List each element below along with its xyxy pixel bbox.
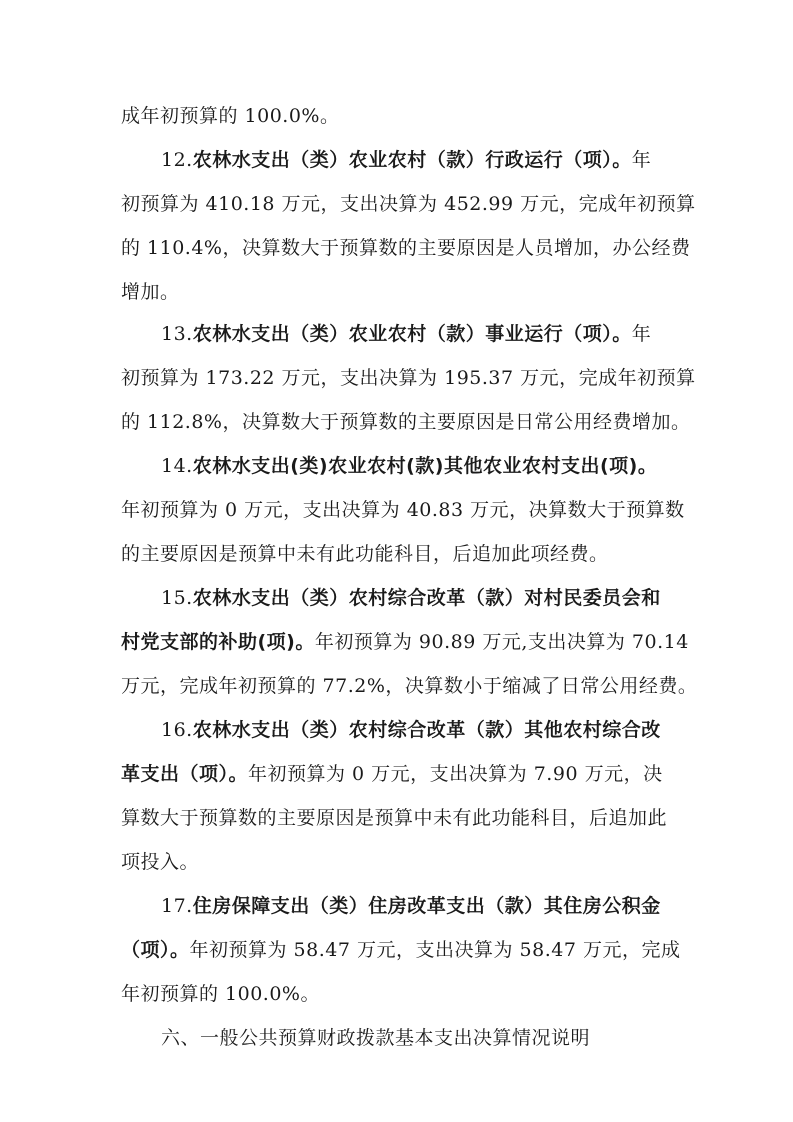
paragraph-line: 算数大于预算数的主要原因是预算中未有此功能科目，后追加此 xyxy=(121,806,721,830)
paragraph-line: 成年初预算的 100.0%。 xyxy=(121,104,721,128)
bold-text: 农林水支出（类）农村综合改革（款）其他农村综合改 xyxy=(193,719,661,741)
body-text: 年初预算为 58.47 万元，支出决算为 58.47 万元，完成 xyxy=(190,939,681,961)
paragraph-line: 村党支部的补助(项)。年初预算为 90.89 万元,支出决算为 70.14 xyxy=(121,630,721,654)
body-text: 年初预算为 0 万元，支出决算为 40.83 万元，决算数大于预算数 xyxy=(121,499,685,521)
paragraph-line: （项）。年初预算为 58.47 万元，支出决算为 58.47 万元，完成 xyxy=(121,938,721,962)
body-text: 年初预算为 90.89 万元,支出决算为 70.14 xyxy=(315,631,689,653)
section-heading: 六、一般公共预算财政拨款基本支出决算情况说明 xyxy=(161,1026,761,1050)
body-text: 的 110.4%，决算数大于预算数的主要原因是人员增加，办公经费 xyxy=(121,237,691,259)
body-text: 初预算为 410.18 万元，支出决算为 452.99 万元，完成年初预算 xyxy=(121,193,696,215)
bold-text: 农林水支出(类)农业农村(款)其他农业农村支出(项)。 xyxy=(193,455,658,477)
body-text: 成年初预算的 100.0%。 xyxy=(121,105,340,127)
body-text: 年初预算为 0 万元，支出决算为 7.90 万元，决 xyxy=(248,763,663,785)
body-text: 年 xyxy=(632,323,652,345)
body-text: 年初预算的 100.0%。 xyxy=(121,983,320,1005)
body-text: 万元，完成年初预算的 77.2%，决算数小于缩减了日常公用经费。 xyxy=(121,675,697,697)
document-page: 成年初预算的 100.0%。12.农林水支出（类）农业农村（款）行政运行（项）。… xyxy=(0,0,793,1122)
bold-text: 农林水支出（类）农村综合改革（款）对村民委员会和 xyxy=(193,587,661,609)
body-text: 15. xyxy=(161,587,193,609)
body-text: 增加。 xyxy=(121,281,180,303)
paragraph-line: 的 112.8%，决算数大于预算数的主要原因是日常公用经费增加。 xyxy=(121,410,721,434)
bold-text: （项）。 xyxy=(121,939,190,961)
bold-text: 革支出（项）。 xyxy=(121,763,248,785)
paragraph-line: 年初预算为 0 万元，支出决算为 40.83 万元，决算数大于预算数 xyxy=(121,498,721,522)
paragraph-line: 初预算为 410.18 万元，支出决算为 452.99 万元，完成年初预算 xyxy=(121,192,721,216)
paragraph-line: 革支出（项）。年初预算为 0 万元，支出决算为 7.90 万元，决 xyxy=(121,762,721,786)
bold-text: 农林水支出（类）农业农村（款）事业运行（项）。 xyxy=(193,323,632,345)
paragraph-line: 16.农林水支出（类）农村综合改革（款）其他农村综合改 xyxy=(161,718,761,742)
paragraph-line: 12.农林水支出（类）农业农村（款）行政运行（项）。年 xyxy=(161,148,761,172)
paragraph-line: 年初预算的 100.0%。 xyxy=(121,982,721,1006)
body-text: 项投入。 xyxy=(121,851,199,873)
paragraph-line: 项投入。 xyxy=(121,850,721,874)
paragraph-line: 13.农林水支出（类）农业农村（款）事业运行（项）。年 xyxy=(161,322,761,346)
body-text: 算数大于预算数的主要原因是预算中未有此功能科目，后追加此 xyxy=(121,807,667,829)
bold-text: 农林水支出（类）农业农村（款）行政运行（项）。 xyxy=(193,149,632,171)
body-text: 的主要原因是预算中未有此功能科目，后追加此项经费。 xyxy=(121,543,609,565)
body-text: 的 112.8%，决算数大于预算数的主要原因是日常公用经费增加。 xyxy=(121,411,691,433)
body-text: 年 xyxy=(632,149,652,171)
paragraph-line: 17.住房保障支出（类）住房改革支出（款）其住房公积金 xyxy=(161,894,761,918)
paragraph-line: 万元，完成年初预算的 77.2%，决算数小于缩减了日常公用经费。 xyxy=(121,674,721,698)
body-text: 17. xyxy=(161,895,193,917)
body-text: 14. xyxy=(161,455,193,477)
bold-text: 住房保障支出（类）住房改革支出（款）其住房公积金 xyxy=(193,895,661,917)
body-text: 16. xyxy=(161,719,193,741)
body-text: 12. xyxy=(161,149,193,171)
paragraph-line: 的 110.4%，决算数大于预算数的主要原因是人员增加，办公经费 xyxy=(121,236,721,260)
paragraph-line: 初预算为 173.22 万元，支出决算为 195.37 万元，完成年初预算 xyxy=(121,366,721,390)
paragraph-line: 的主要原因是预算中未有此功能科目，后追加此项经费。 xyxy=(121,542,721,566)
bold-text: 村党支部的补助(项)。 xyxy=(121,631,315,653)
paragraph-line: 15.农林水支出（类）农村综合改革（款）对村民委员会和 xyxy=(161,586,761,610)
body-text: 初预算为 173.22 万元，支出决算为 195.37 万元，完成年初预算 xyxy=(121,367,696,389)
paragraph-line: 增加。 xyxy=(121,280,721,304)
paragraph-line: 14.农林水支出(类)农业农村(款)其他农业农村支出(项)。 xyxy=(161,454,761,478)
body-text: 13. xyxy=(161,323,193,345)
